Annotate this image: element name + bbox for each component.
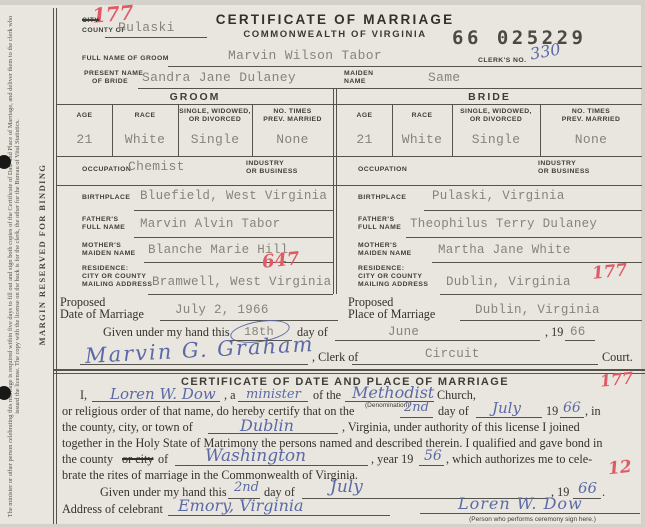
bond-county-handwritten: Washington (205, 446, 306, 466)
prev-married-header: PREV. MARRIED (252, 116, 333, 123)
date-of-marriage-label: Date of Marriage (60, 307, 144, 322)
margin-note-text: The minister or other person celebrating… (7, 14, 37, 519)
mother-maiden-label: MAIDEN NAME (82, 250, 136, 257)
town-line-text: the county, city, or town of (62, 420, 193, 435)
double-rule (53, 373, 645, 374)
residence-label: RESIDENCE: (82, 265, 128, 272)
underline (168, 66, 642, 67)
birthplace-label: BIRTHPLACE (82, 194, 130, 201)
cert-day-handwritten: 2nd (404, 400, 429, 415)
underline (138, 88, 642, 89)
maiden-name-label: NAME (344, 78, 366, 85)
groom-age-value: 21 (57, 132, 112, 147)
status-header: OR DIVORCED (178, 116, 252, 123)
or-city-struck-text: or city (122, 452, 153, 467)
red-annotation-647: 647 (261, 248, 301, 273)
celebrant-signature: Loren W. Dow (458, 494, 583, 513)
status-header: OR DIVORCED (452, 116, 540, 123)
clerk-month-value: June (388, 325, 419, 339)
underline (424, 210, 642, 211)
clerk-year-value: 66 (570, 325, 586, 339)
underline (238, 401, 308, 402)
underline (335, 340, 540, 341)
double-rule (53, 369, 645, 371)
underline (148, 294, 333, 295)
document-subtitle: COMMONWEALTH OF VIRGINIA (190, 29, 480, 40)
groom-name-label: FULL NAME OF GROOM (82, 55, 169, 62)
bond-line-suffix: , which authorizes me to cele- (446, 452, 592, 467)
of-text: of (158, 452, 168, 467)
clerk-of-text: , Clerk of (312, 350, 358, 365)
underline (175, 465, 368, 466)
nineteen-text: 19 (546, 404, 558, 419)
underline (420, 513, 640, 514)
underline (476, 417, 542, 418)
i-prefix-text: I, (80, 388, 87, 403)
a-text: , a (224, 388, 236, 403)
year-19-text: , year 19 (371, 452, 413, 467)
underline (440, 294, 642, 295)
underline (208, 433, 338, 434)
court-name-value: Circuit (425, 347, 480, 361)
maiden-name-label: MAIDEN (344, 70, 374, 77)
residence-label: MAILING ADDRESS (82, 281, 152, 288)
rule (57, 104, 642, 105)
father-name-label: FATHER'S (82, 216, 118, 223)
margin-binding-text: MARGIN RESERVED FOR BINDING (37, 37, 47, 472)
race-header: RACE (112, 112, 178, 119)
groom-race-value: White (112, 132, 178, 147)
groom-occupation-value: Chemist (128, 159, 185, 174)
proposed-date-value: July 2, 1966 (175, 303, 269, 317)
prev-married-header: NO. TIMES (252, 108, 333, 115)
address-of-celebrant-label: Address of celebrant (62, 502, 163, 517)
scan-edge-right (641, 0, 645, 527)
center-divider (333, 88, 334, 294)
underline (134, 237, 333, 238)
residence-label: MAILING ADDRESS (358, 281, 428, 288)
county-value: Pulaski (118, 20, 175, 35)
industry-label: INDUSTRY (538, 160, 576, 167)
father-name-label: FATHER'S (358, 216, 394, 223)
celebrate-line-text: brate the rites of marriage in the Commo… (62, 468, 358, 483)
cert-month-handwritten: July (492, 399, 521, 417)
day-of-text: day of (438, 404, 469, 419)
birthplace-label: BIRTHPLACE (358, 194, 406, 201)
father-name-label: FULL NAME (82, 224, 125, 231)
celebrant-address-handwritten: Emory, Virginia (178, 496, 304, 515)
period-text: . (602, 485, 605, 500)
residence-label: CITY OR COUNTY (358, 273, 422, 280)
mother-maiden-label: MAIDEN NAME (358, 250, 412, 257)
race-header: RACE (392, 112, 452, 119)
red-annotation-177: 177 (591, 260, 628, 284)
groom-birthplace-value: Bluefield, West Virginia (140, 189, 327, 203)
groom-name-value: Marvin Wilson Tabor (228, 48, 382, 63)
denomination-caption: (Denomination) (365, 402, 409, 409)
status-header: SINGLE, WIDOWED, (452, 108, 540, 115)
occupation-label: OCCUPATION (358, 166, 407, 173)
bride-prev-value: None (540, 132, 642, 147)
clerks-no-handwritten: 330 (529, 39, 562, 63)
underline (400, 417, 433, 418)
proposed-place-value: Dublin, Virginia (475, 303, 600, 317)
residence-label: CITY OR COUNTY (82, 273, 146, 280)
underline (406, 237, 642, 238)
of-the-text: of the (313, 388, 341, 403)
groom-prev-value: None (252, 132, 333, 147)
underline (565, 340, 595, 341)
groom-residence-value: Bramwell, West Virginia (152, 275, 331, 289)
document-title: CERTIFICATE OF MARRIAGE (190, 12, 480, 27)
certify-line-text: or religious order of that name, do here… (62, 404, 354, 419)
bride-race-value: White (392, 132, 452, 147)
red-annotation-12: 12 (607, 457, 633, 479)
comma-19-text: , 19 (545, 325, 563, 340)
residence-label: RESIDENCE: (358, 265, 404, 272)
license-number-stamp: 66 025229 (452, 27, 586, 49)
occupation-label: OCCUPATION (82, 166, 131, 173)
father-name-label: FULL NAME (358, 224, 401, 231)
in-suffix-text: , in (585, 404, 601, 419)
place-of-marriage-label: Place of Marriage (348, 307, 435, 322)
bride-father-value: Theophilus Terry Dulaney (410, 217, 597, 231)
maiden-name-value: Same (428, 70, 460, 85)
sign-here-caption: (Person who performs ceremony sign here.… (425, 516, 640, 523)
cert-year-handwritten: 66 (563, 400, 581, 416)
form-border-line (56, 8, 57, 524)
industry-label: OR BUSINESS (246, 168, 298, 175)
age-header: AGE (57, 112, 112, 119)
bride-mother-value: Martha Jane White (438, 243, 571, 257)
underline (460, 320, 642, 321)
underline (560, 417, 584, 418)
bride-name-value: Sandra Jane Dulaney (142, 70, 296, 85)
underline (92, 401, 220, 402)
bride-section-header: BRIDE (337, 91, 642, 103)
bond-year-handwritten: 56 (424, 448, 442, 464)
matrimony-line-text: together in the Holy State of Matrimony … (62, 436, 603, 451)
mother-maiden-label: MOTHER'S (82, 242, 121, 249)
church-text: Church, (437, 388, 476, 403)
prev-married-header: NO. TIMES (540, 108, 642, 115)
red-annotation-177: 177 (599, 368, 634, 390)
court-suffix-text: Court. (602, 350, 633, 365)
bride-residence-value: Dublin, Virginia (446, 275, 571, 289)
mother-maiden-label: MOTHER'S (358, 242, 397, 249)
age-header: AGE (337, 112, 392, 119)
underline (134, 210, 333, 211)
bond-line-prefix: the county (62, 452, 113, 467)
groom-father-value: Marvin Alvin Tabor (140, 217, 280, 231)
industry-label: OR BUSINESS (538, 168, 590, 175)
given-day-handwritten: 2nd (234, 480, 259, 495)
present-name-label: OF BRIDE (92, 78, 128, 85)
bride-status-value: Single (452, 132, 540, 147)
role-handwritten: minister (246, 387, 301, 402)
underline (168, 515, 390, 516)
industry-label: INDUSTRY (246, 160, 284, 167)
certificate-of-marriage-document: MARGIN RESERVED FOR BINDING The minister… (0, 0, 645, 527)
underline (352, 364, 598, 365)
groom-section-header: GROOM (57, 91, 333, 103)
status-header: SINGLE, WIDOWED, (178, 108, 252, 115)
bride-birthplace-value: Pulaski, Virginia (432, 189, 565, 203)
groom-status-value: Single (178, 132, 252, 147)
town-line-suffix-text: , Virginia, under authority of this lice… (342, 420, 580, 435)
present-name-label: PRESENT NAME (84, 70, 143, 77)
underline (80, 364, 308, 365)
prev-married-header: PREV. MARRIED (540, 116, 642, 123)
rule (57, 185, 642, 186)
clerks-no-label: CLERK'S NO. (478, 57, 526, 64)
given-month-handwritten: July (330, 477, 363, 497)
underline (160, 320, 338, 321)
city-label-struck: CITY (82, 17, 99, 24)
bride-age-value: 21 (337, 132, 392, 147)
underline (419, 465, 444, 466)
underline (144, 262, 333, 263)
rule (57, 156, 642, 157)
form-border-line (53, 8, 54, 524)
